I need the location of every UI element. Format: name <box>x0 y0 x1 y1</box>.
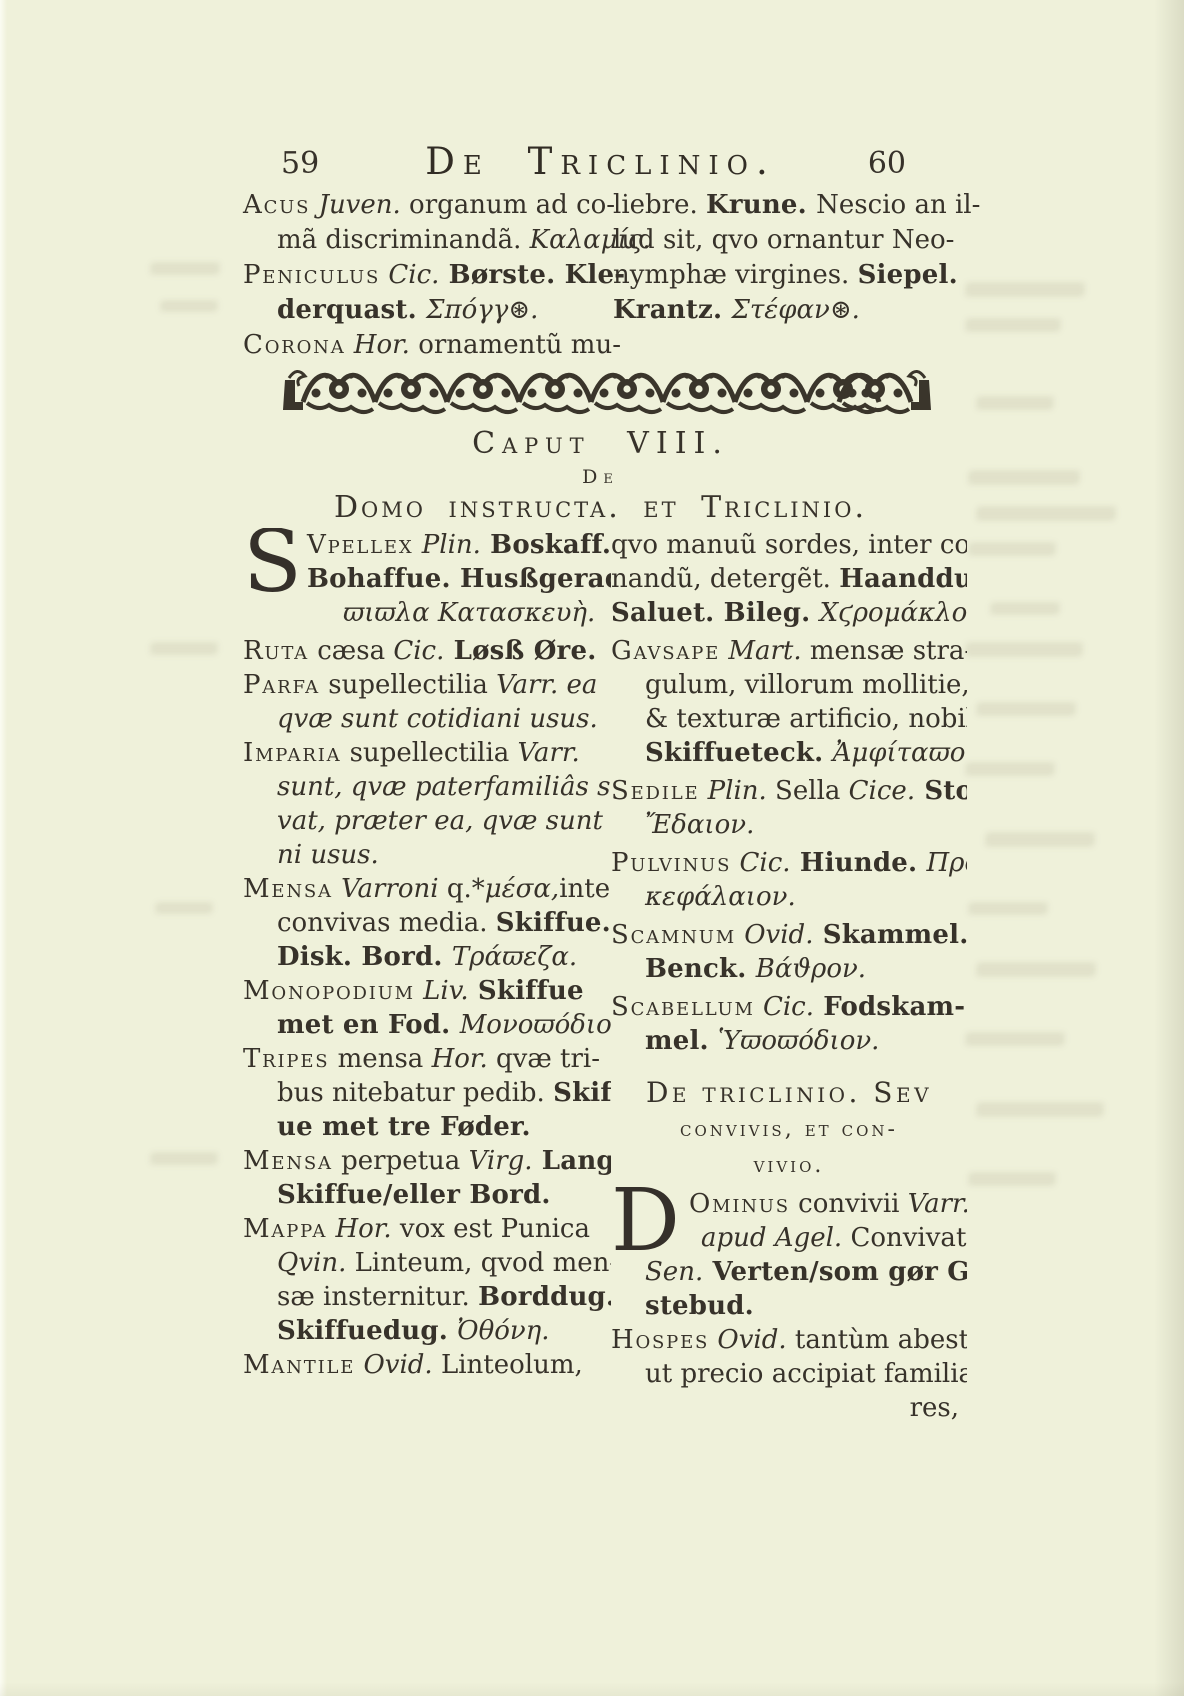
text-line: SVpellex Plin. Boskaff. <box>243 528 611 562</box>
text-segment: Mart. <box>720 636 802 666</box>
text-segment: q.* <box>439 874 485 904</box>
text-segment: nymphæ virgines. <box>613 260 858 290</box>
text-segment: sunt, qvæ paterfamiliâs sibi ser- <box>277 772 611 802</box>
text-segment: Fodskam- <box>814 992 965 1022</box>
text-segment: Ruta <box>243 636 309 666</box>
text-segment: qvæ tri- <box>488 1044 600 1074</box>
book-page: 59 De Triclinio. 60 Acus Juven. organum … <box>0 0 1184 1696</box>
text-line: & texturæ artificio, nobile. <box>611 702 967 736</box>
text-line: Disk. Bord. Τράϖεζα. <box>243 940 611 974</box>
text-line: Scabellum Cic. Fodskam- <box>611 990 967 1024</box>
text-segment: cæsa <box>309 636 393 666</box>
text-segment: liebre. <box>613 190 706 220</box>
text-segment: De triclinio. Sev <box>646 1076 932 1109</box>
text-line: ut precio accipiat familia- <box>611 1357 967 1391</box>
text-segment: Qvin. <box>277 1248 346 1278</box>
text-line: convivis, et con- <box>611 1111 967 1147</box>
text-segment: res, <box>910 1393 959 1423</box>
text-segment: ue met tre Føder. <box>277 1112 531 1142</box>
text-line: Saluet. Bileg. Χϛρομάκλον. <box>611 596 967 630</box>
text-segment: Ominus <box>689 1189 790 1219</box>
text-line: Corona Hor. ornamentũ mu- <box>243 328 609 363</box>
page-number-right: 60 <box>868 146 906 181</box>
text-segment: Vpellex <box>307 530 414 560</box>
text-segment: mensæ stra- <box>802 636 967 666</box>
text-segment: Cic. <box>755 992 814 1022</box>
text-segment: Ὑϖοϖόδιον. <box>718 1026 879 1056</box>
text-segment: Nescio an il- <box>816 190 980 220</box>
text-segment: Hor. <box>327 1214 391 1244</box>
text-line: Mensa Varroni q.*μέσα,inter <box>243 872 611 906</box>
text-segment: gulum, villorum mollitie, <box>645 670 967 700</box>
text-line: Tripes mensa Hor. qvæ tri- <box>243 1042 611 1076</box>
text-line: Gavsape Mart. mensæ stra- <box>611 634 967 668</box>
text-segment: Bohaffue. Husßgerad. <box>307 564 611 594</box>
text-line: sunt, qvæ paterfamiliâs sibi ser- <box>243 770 611 804</box>
text-segment: Scabellum <box>611 992 755 1022</box>
scan-edge-left <box>0 0 7 1696</box>
text-segment: Acus <box>243 190 310 220</box>
text-segment: Pulvinus <box>611 848 731 878</box>
text-segment: Ovid. <box>709 1325 787 1355</box>
text-line: Benck. Βάϑρον. <box>611 952 967 986</box>
text-segment: Peniculus <box>243 260 380 290</box>
text-line: Imparia supellectilia Varr. <box>243 736 611 770</box>
text-segment: Mantile <box>243 1350 355 1380</box>
text-segment: Verten/som gør Ge- <box>703 1257 967 1287</box>
text-segment: mã discriminandã. <box>277 225 530 255</box>
text-line: met en Fod. Μονοϖόδιον. <box>243 1008 611 1042</box>
text-line: Acus Juven. organum ad co- <box>243 188 609 223</box>
text-segment: Cic. <box>380 260 439 290</box>
text-segment: Varroni <box>333 874 439 904</box>
text-line: Skiffue/eller Bord. <box>243 1178 611 1212</box>
text-line: derquast. Σπόγγ⊛. <box>243 293 609 328</box>
text-segment: supellectilia <box>320 670 496 700</box>
text-segment: Parfa <box>243 670 320 700</box>
text-segment: Στέφαν⊛. <box>732 295 860 325</box>
text-line: ue met tre Føder. <box>243 1110 611 1144</box>
foliate-ornament-band <box>281 360 933 418</box>
text-segment: bus nitebatur pedib. <box>277 1078 553 1108</box>
text-segment: Stoel. <box>915 776 967 806</box>
body-left-column: SVpellex Plin. Boskaff.Bohaffue. Husßger… <box>243 528 611 1425</box>
text-segment: Lang <box>533 1146 611 1176</box>
text-segment: Løsß Øre. <box>444 636 596 666</box>
text-segment: qvæ sunt cotidiani usus. <box>277 704 598 734</box>
text-segment: vat, præter ea, qvæ sunt cotidia- <box>277 806 611 836</box>
text-segment: Krantz. <box>613 295 732 325</box>
text-segment: Imparia <box>243 738 341 768</box>
text-segment: Siepel. <box>858 260 958 290</box>
top-left-column: Acus Juven. organum ad co-mã discriminan… <box>243 188 609 363</box>
text-segment: Ὀθόνη. <box>457 1316 549 1346</box>
text-line: mel. Ὑϖοϖόδιον. <box>611 1024 967 1058</box>
text-segment: vivio. <box>754 1153 825 1178</box>
text-segment: Hor. <box>432 1044 488 1074</box>
text-segment: Hospes <box>611 1325 709 1355</box>
text-line: DOminus convivii Varr. <box>611 1187 967 1221</box>
text-line: Ruta cæsa Cic. Løsß Øre. <box>243 634 611 668</box>
text-segment: apud Agel. <box>701 1223 842 1253</box>
text-segment: Ovid. <box>355 1350 433 1380</box>
text-segment: perpetua <box>333 1146 469 1176</box>
text-segment: ornamentũ mu- <box>410 330 621 360</box>
body-text-section: SVpellex Plin. Boskaff.Bohaffue. Husßger… <box>243 528 967 1425</box>
text-segment: Scamnum <box>611 920 736 950</box>
body-right-column: qvo manuũ sordes, inter cœ-nandũ, deterg… <box>611 528 967 1425</box>
text-segment: Varr. <box>518 738 580 768</box>
text-segment: supellectilia <box>341 738 517 768</box>
text-segment: convivas media. <box>277 908 496 938</box>
text-segment: Plin. <box>414 530 481 560</box>
text-segment: Saluet. Bileg. <box>611 598 820 628</box>
chapter-heading: Caput VIII. <box>243 426 958 461</box>
text-segment: Sedile <box>611 776 699 806</box>
text-line: res, <box>611 1391 967 1425</box>
text-segment: Βάϑρον. <box>756 954 866 984</box>
text-line: Peniculus Cic. Børste. Kle- <box>243 258 609 293</box>
text-segment: lud sit, qvo ornantur Neo- <box>613 225 954 255</box>
text-line: κεφάλαιον. <box>611 880 967 914</box>
text-segment: κεφάλαιον. <box>645 882 796 912</box>
text-segment: Juven. <box>310 190 401 220</box>
text-segment: Skiffue/eller Bord. <box>277 1180 551 1210</box>
text-segment: Plin. <box>699 776 766 806</box>
text-line: gulum, villorum mollitie, <box>611 668 967 702</box>
text-line: Skiffuedug. Ὀθόνη. <box>243 1314 611 1348</box>
text-segment: & texturæ artificio, nobile. <box>645 704 967 734</box>
text-line: liebre. Krune. Nescio an il- <box>613 188 967 223</box>
text-line: Mantile Ovid. Linteolum, <box>243 1348 611 1382</box>
text-segment: Skammel. <box>813 920 967 950</box>
text-segment: Corona <box>243 330 346 360</box>
running-title: De Triclinio. <box>243 140 958 183</box>
text-segment: vox est Punica <box>392 1214 590 1244</box>
text-segment: Virg. <box>469 1146 533 1176</box>
text-segment: Cice. <box>849 776 915 806</box>
text-segment: Sen. <box>645 1257 703 1287</box>
text-segment: Skiffueteck. <box>645 738 833 768</box>
text-segment: Tripes <box>243 1044 329 1074</box>
page-header: 59 De Triclinio. 60 <box>243 140 958 186</box>
text-segment: μέσα, <box>485 874 559 904</box>
text-segment: Mensa <box>243 874 333 904</box>
text-segment: Προσ- <box>927 848 968 878</box>
text-line: mã discriminandã. Καλαμίς. <box>243 223 609 258</box>
text-segment: ϖιϖλα Κατασκευὴ. <box>343 598 595 628</box>
text-segment: Convivator <box>842 1223 967 1253</box>
text-line: lud sit, qvo ornantur Neo- <box>613 223 967 258</box>
text-segment: qvo manuũ sordes, inter cœ- <box>611 530 967 560</box>
text-segment: Disk. Bord. <box>277 942 452 972</box>
text-segment: mensa <box>329 1044 431 1074</box>
text-line: qvæ sunt cotidiani usus. <box>243 702 611 736</box>
text-segment: Borddug. <box>478 1282 611 1312</box>
top-text-section: Acus Juven. organum ad co-mã discriminan… <box>243 188 963 363</box>
text-segment: ut precio accipiat familia- <box>645 1359 967 1389</box>
text-segment: mel. <box>645 1026 718 1056</box>
text-line: nandũ, detergẽt. Haanddug. <box>611 562 967 596</box>
text-segment: Χϛρομάκλον. <box>820 598 967 628</box>
text-segment: Linteum, qvod men- <box>346 1248 611 1278</box>
text-segment: tantùm abest, <box>787 1325 967 1355</box>
text-segment: Linteolum, <box>433 1350 583 1380</box>
text-line: De triclinio. Sev <box>611 1076 967 1111</box>
text-segment: Mensa <box>243 1146 333 1176</box>
text-line: Pulvinus Cic. Hiunde. Προσ- <box>611 846 967 880</box>
text-segment: Varr. ea <box>496 670 597 700</box>
text-segment: Skiffue <box>469 976 584 1006</box>
text-line: Monopodium Liv. Skiffue <box>243 974 611 1008</box>
text-line: Scamnum Ovid. Skammel. <box>611 918 967 952</box>
text-line: Krantz. Στέφαν⊛. <box>613 293 967 328</box>
text-segment: nandũ, detergẽt. <box>611 564 839 594</box>
text-line: nymphæ virgines. Siepel. <box>613 258 967 293</box>
chapter-de: De <box>243 466 958 488</box>
text-line: Mensa perpetua Virg. Lang <box>243 1144 611 1178</box>
scan-edge-right <box>1154 0 1184 1696</box>
text-segment: Boskaff. <box>481 530 611 560</box>
text-segment: Τράϖεζα. <box>452 942 577 972</box>
text-segment: Liv. <box>415 976 469 1006</box>
text-line: Ἔδαιον. <box>611 808 967 842</box>
text-segment: Haanddug. <box>839 564 967 594</box>
text-segment: convivii <box>790 1189 908 1219</box>
text-segment: Cic. <box>731 848 790 878</box>
text-line: Sen. Verten/som gør Ge- <box>611 1255 967 1289</box>
text-segment: Skiffuedug. <box>277 1316 457 1346</box>
text-line: vat, præter ea, qvæ sunt cotidia- <box>243 804 611 838</box>
text-segment: Σπόγγ⊛. <box>426 295 538 325</box>
text-segment: ni usus. <box>277 840 379 870</box>
text-segment: Benck. <box>645 954 756 984</box>
text-line: Parfa supellectilia Varr. ea <box>243 668 611 702</box>
text-line: Sedile Plin. Sella Cice. Stoel. <box>611 774 967 808</box>
text-segment: Μονοϖόδιον. <box>460 1010 611 1040</box>
text-line: Mappa Hor. vox est Punica <box>243 1212 611 1246</box>
text-segment: Ἀμφίταϖον. <box>833 738 967 768</box>
text-line: ϖιϖλα Κατασκευὴ. <box>243 596 611 630</box>
text-line: Qvin. Linteum, qvod men- <box>243 1246 611 1280</box>
text-segment: Skiff- <box>553 1078 611 1108</box>
text-segment: Hor. <box>346 330 410 360</box>
foliate-ornament-icon <box>281 360 933 418</box>
text-segment: Sella <box>767 776 849 806</box>
text-segment: Varr. <box>908 1189 967 1219</box>
text-segment: stebud. <box>645 1291 754 1321</box>
text-segment: sæ insternitur. <box>277 1282 478 1312</box>
text-line: Bohaffue. Husßgerad. Ἔ- <box>243 562 611 596</box>
text-segment: inter <box>559 874 611 904</box>
top-right-column: liebre. Krune. Nescio an il-lud sit, qvo… <box>613 188 967 363</box>
text-segment: Ἔδαιον. <box>645 810 754 840</box>
text-line: Hospes Ovid. tantùm abest, <box>611 1323 967 1357</box>
text-line: convivas media. Skiffue. <box>243 906 611 940</box>
text-segment: Gavsape <box>611 636 720 666</box>
text-segment: Børste. Kle- <box>439 260 625 290</box>
text-segment: Krune. <box>706 190 816 220</box>
text-segment: Cic. <box>393 636 444 666</box>
text-segment: derquast. <box>277 295 426 325</box>
scan-edge-bottom <box>0 1682 1184 1696</box>
text-line: ni usus. <box>243 838 611 872</box>
text-segment: Ovid. <box>736 920 814 950</box>
text-segment: Monopodium <box>243 976 415 1006</box>
text-segment: met en Fod. <box>277 1010 460 1040</box>
text-line: apud Agel. Convivator <box>611 1221 967 1255</box>
text-line: bus nitebatur pedib. Skiff- <box>243 1076 611 1110</box>
text-segment: convivis, et con- <box>680 1117 898 1142</box>
text-line: stebud. <box>611 1289 967 1323</box>
text-segment: Skiffue. <box>496 908 611 938</box>
text-line: sæ insternitur. Borddug. <box>243 1280 611 1314</box>
text-segment: Mappa <box>243 1214 327 1244</box>
text-segment: Hiunde. <box>791 848 927 878</box>
chapter-title: Domo instructa. et Triclinio. <box>243 490 958 525</box>
text-line: Skiffueteck. Ἀμφίταϖον. <box>611 736 967 770</box>
text-segment: organum ad co- <box>401 190 615 220</box>
text-line: qvo manuũ sordes, inter cœ- <box>611 528 967 562</box>
